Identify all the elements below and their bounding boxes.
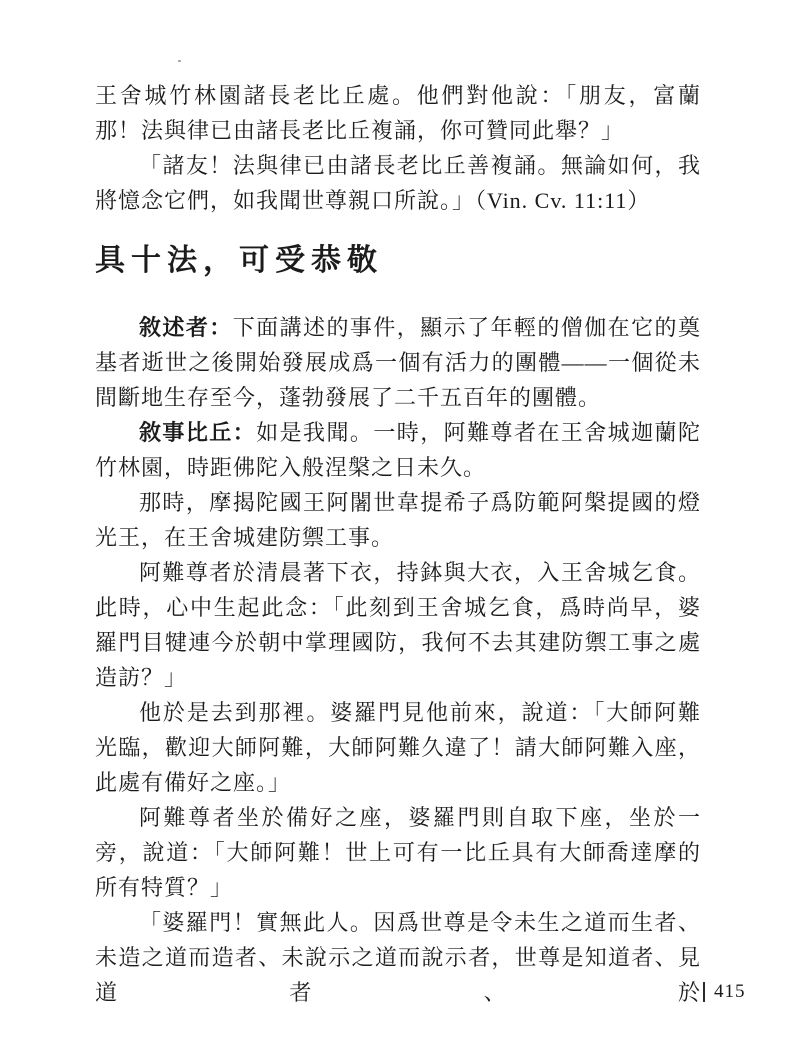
paragraph: 那時，摩揭陀國王阿闍世韋提希子爲防範阿槃提國的燈光王，在王舍城建防禦工事。 xyxy=(95,485,701,555)
paragraph: 「婆羅門！實無此人。因爲世尊是令未生之道而生者、未造之道而造者、未說示之道而說示… xyxy=(95,905,701,1010)
paragraph-text: 他於是去到那裡。婆羅門見他前來，說道：「大師阿難光臨，歡迎大師阿難，大師阿難久違… xyxy=(95,700,701,795)
document-page: 王舍城竹林園諸長老比丘處。他們對他說：「朋友，富蘭那！法與律已由諸長老比丘複誦，… xyxy=(0,0,792,1056)
paragraph: 他於是去到那裡。婆羅門見他前來，說道：「大師阿難光臨，歡迎大師阿難，大師阿難久違… xyxy=(95,695,701,800)
paragraph-text: 「婆羅門！實無此人。因爲世尊是令未生之道而生者、未造之道而造者、未說示之道而說示… xyxy=(95,910,701,1005)
paragraph-text: 那時，摩揭陀國王阿闍世韋提希子爲防範阿槃提國的燈光王，在王舍城建防禦工事。 xyxy=(95,490,701,550)
paragraph: 阿難尊者於清晨著下衣，持鉢與大衣，入王舍城乞食。此時，心中生起此念：「此刻到王舍… xyxy=(95,555,701,695)
page-number: 415 xyxy=(714,981,746,1003)
paragraph: 阿難尊者坐於備好之座，婆羅門則自取下座，坐於一旁，說道：「大師阿難！世上可有一比… xyxy=(95,800,701,905)
page-number-divider xyxy=(703,982,705,1002)
paragraph-text: 王舍城竹林園諸長老比丘處。他們對他說：「朋友，富蘭那！法與律已由諸長老比丘複誦，… xyxy=(95,83,701,143)
paragraph: 王舍城竹林園諸長老比丘處。他們對他說：「朋友，富蘭那！法與律已由諸長老比丘複誦，… xyxy=(95,78,701,148)
narrator-paragraph: 敘述者：下面講述的事件，顯示了年輕的僧伽在它的奠基者逝世之後開始發展成爲一個有活… xyxy=(95,310,701,415)
paragraph-text: 阿難尊者於清晨著下衣，持鉢與大衣，入王舍城乞食。此時，心中生起此念：「此刻到王舍… xyxy=(95,560,701,690)
paragraph: 「諸友！法與律已由諸長老比丘善複誦。無論如何，我將憶念它們，如我聞世尊親口所說。… xyxy=(95,148,701,218)
scan-artifact xyxy=(178,60,181,62)
paragraph-text: 「諸友！法與律已由諸長老比丘善複誦。無論如何，我將憶念它們，如我聞世尊親口所說。… xyxy=(95,153,701,213)
narrating-monk-label: 敘事比丘： xyxy=(139,420,256,445)
page-content: 王舍城竹林園諸長老比丘處。他們對他說：「朋友，富蘭那！法與律已由諸長老比丘複誦，… xyxy=(95,78,701,1010)
narrator-label: 敘述者： xyxy=(139,315,233,340)
paragraph: 敘事比丘：如是我聞。一時，阿難尊者在王舍城迦蘭陀竹林園，時距佛陀入般涅槃之日未久… xyxy=(95,415,701,485)
section-heading: 具十法，可受恭敬 xyxy=(95,240,701,282)
page-footer: 415 xyxy=(703,981,746,1003)
paragraph-text: 阿難尊者坐於備好之座，婆羅門則自取下座，坐於一旁，說道：「大師阿難！世上可有一比… xyxy=(95,805,701,900)
